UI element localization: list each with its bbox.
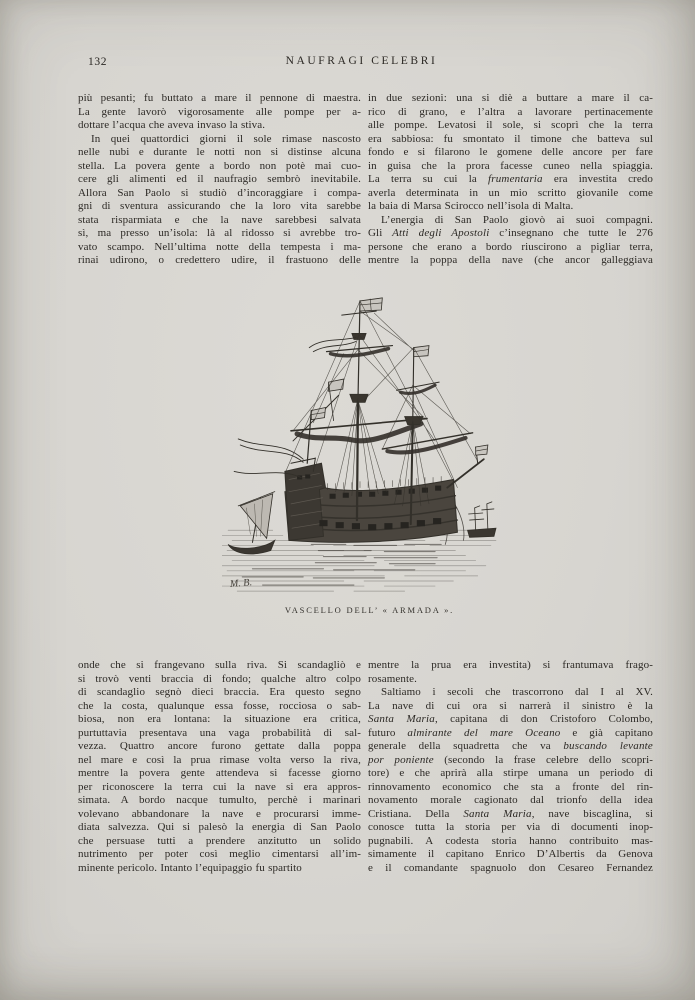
text-line: diata salvezza. Qui si palesò la energia… [78,821,361,835]
text-line: che la costa, qualunque essa fosse, rocc… [78,700,361,714]
text-line: tore) e che aprirà alla stirpe umana un … [368,767,653,781]
text-line: e il comandante spagnuolo don Cesareo Fe… [368,862,653,876]
ship-engraving: M. B. [222,288,498,602]
text-line: por poniente (secondo la frase celebre d… [368,754,653,768]
text-line: La gente lavorò vigorosamente alle pompe… [78,106,361,120]
text-column-top-left: più pesanti; fu buttato a mare il pennon… [78,92,361,268]
text-line: la baia di Marsa Scirocco nell’isola di … [368,200,653,214]
text-column-top-right: in due sezioni: una si diè a buttare a m… [368,92,653,268]
text-line: stella. La povera gente a bordo non potè… [78,160,361,174]
text-line: L’energia di San Paolo giovò ai suoi com… [368,214,653,228]
text-line: Santa Maria, capitana di don Cristoforo … [368,713,653,727]
text-line: mentre la poppa della nave (che ancor ga… [368,254,653,268]
text-line: mentre la povera gente attendeva si face… [78,767,361,781]
text-line: onde che si frangevano sulla riva. Si sc… [78,659,361,673]
text-line: era sabbiosa: fu smontato il timone che … [368,133,653,147]
text-line: biosa, non era lontana: la situazione er… [78,713,361,727]
text-line: rinnovamento economico che sta a fronte … [368,781,653,795]
text-line: averla determinata in un mio scritto gio… [368,187,653,201]
text-line: vezza. Quattro ancore furono gettate dal… [78,740,361,754]
text-line: volevano abbandonare la nave e procurars… [78,808,361,822]
text-line: fondo e si filarono le gomene delle anco… [368,146,653,160]
text-line: Gli Atti degli Apostoli c’insegnano che … [368,227,653,241]
text-line: rico di grano, e l’altra a lavorare pert… [368,106,653,120]
text-line: La nave di cui ora si narrerà il sinistr… [368,700,653,714]
text-line: cere gli alimenti ed il naufragio sembrò… [78,173,361,187]
text-line: In quei quattordici giorni il sole rimas… [78,133,361,147]
text-column-bottom-left: onde che si frangevano sulla riva. Si sc… [78,659,361,875]
text-line: nel mare e così la prua rimase volta ver… [78,754,361,768]
ship-engraving-svg: M. B. [222,288,498,602]
text-line: di scandaglio segnò dieci braccia. Era q… [78,686,361,700]
text-line: Cristiana. Della Santa Maria, nave bisca… [368,808,653,822]
text-line: generale della squadretta che va buscand… [368,740,653,754]
text-line: in due sezioni: una si diè a buttare a m… [368,92,653,106]
text-line: futuro almirante del mare Oceano e già c… [368,727,653,741]
text-line: in guisa che la prora facesse cuneo nell… [368,160,653,174]
figure-caption: VASCELLO DELL’ « ARMADA ». [22,605,695,615]
text-line: conosce tutta la storia per via di docum… [368,821,653,835]
text-line: per riconoscere la terra cui la nave si … [78,781,361,795]
text-line: stata risparmiata e che la nave sarebbes… [78,214,361,228]
text-line: mentre la prua era investita) si frantum… [368,659,653,673]
text-line: purtuttavia presentava una vaga probabil… [78,727,361,741]
text-line: sì, ma presso un’isola: là al ridosso si… [78,227,361,241]
text-line: alle pompe. Levatosi il sole, si scoprì … [368,119,653,133]
text-line: più pesanti; fu buttato a mare il pennon… [78,92,361,106]
text-line: simata. A bordo nacque tumulto, perchè i… [78,794,361,808]
text-line: persone che erano a bordo riuscirono a p… [368,241,653,255]
text-line: novamento morale cagionato dal trionfo d… [368,794,653,808]
text-line: nelle nubi e durante le notti non si dis… [78,146,361,160]
text-line: La terra su cui la frumentaria era inves… [368,173,653,187]
text-line: simamente il capitano Enrico D’Albertis … [368,848,653,862]
running-title: NAUFRAGI CELEBRI [14,55,695,67]
text-line: si trovò venti braccia di fondo; qualche… [78,673,361,687]
text-line: Saltiamo i secoli che trascorrono dal I … [368,686,653,700]
text-line: Allora San Paolo si studiò d’incoraggiar… [78,187,361,201]
text-line: pugnabili. A codesta storia hanno contri… [368,835,653,849]
text-line: minente pericolo. Intanto l’equipaggio f… [78,862,361,876]
text-column-bottom-right: mentre la prua era investita) si frantum… [368,659,653,875]
text-line: vato scampo. Nell’ultima notte della tem… [78,241,361,255]
text-line: rinai udirono, o credettero udire, il fr… [78,254,361,268]
engraver-signature: M. B. [228,577,252,590]
text-line: gni di sventura assicurando che la loro … [78,200,361,214]
text-line: che persuase tutti a prendere anzitutto … [78,835,361,849]
text-line: nutrimento per poter così meglio cimenta… [78,848,361,862]
text-line: rosamente. [368,673,653,687]
text-line: dottare l’acqua che aveva invaso la stiv… [78,119,361,133]
